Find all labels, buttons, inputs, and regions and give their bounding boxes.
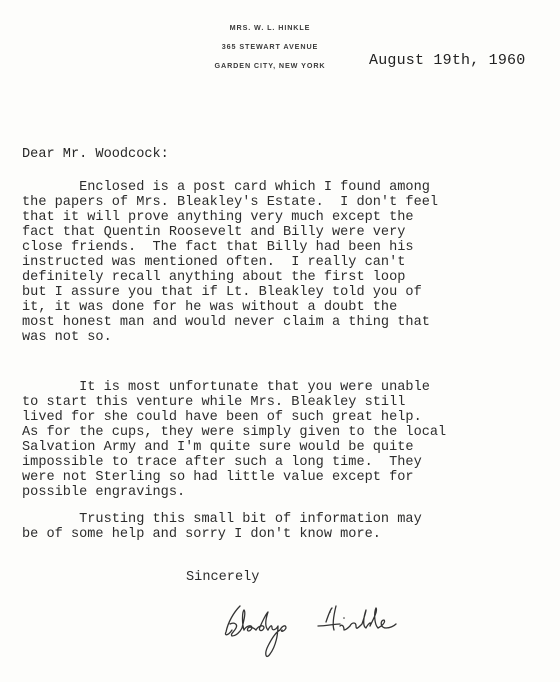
text-line: Trusting this small bit of information m…: [22, 512, 422, 527]
text-line: that it will prove anything very much ex…: [22, 210, 438, 225]
text-line: were not Sterling so had little value ex…: [22, 470, 446, 485]
letterhead-name: MRS. W. L. HINKLE: [196, 18, 344, 37]
text-line: be of some help and sorry I don't know m…: [22, 527, 422, 542]
salutation: Dear Mr. Woodcock:: [22, 147, 169, 162]
text-line: to start this venture while Mrs. Bleakle…: [22, 395, 446, 410]
text-line: instructed was mentioned often. I really…: [22, 255, 438, 270]
paragraph-1: Enclosed is a post card which I found am…: [22, 180, 438, 345]
text-line: but I assure you that if Lt. Bleakley to…: [22, 285, 438, 300]
text-line: definitely recall anything about the fir…: [22, 270, 438, 285]
text-line: Enclosed is a post card which I found am…: [22, 180, 438, 195]
paragraph-3: Trusting this small bit of information m…: [22, 512, 422, 542]
text-line: close friends. The fact that Billy had b…: [22, 240, 438, 255]
text-line: Salvation Army and I'm quite sure would …: [22, 440, 446, 455]
text-line: was not so.: [22, 330, 438, 345]
text-line: fact that Quentin Roosevelt and Billy we…: [22, 225, 438, 240]
text-line: most honest man and would never claim a …: [22, 315, 438, 330]
text-line: it, it was done for he was without a dou…: [22, 300, 438, 315]
text-line: the papers of Mrs. Bleakley's Estate. I …: [22, 195, 438, 210]
handwritten-signature: [210, 598, 450, 668]
paragraph-2: It is most unfortunate that you were una…: [22, 380, 446, 500]
letterhead-city: GARDEN CITY, NEW YORK: [196, 56, 344, 75]
text-line: It is most unfortunate that you were una…: [22, 380, 446, 395]
text-line: As for the cups, they were simply given …: [22, 425, 446, 440]
closing: Sincerely: [186, 570, 259, 585]
letter-date: August 19th, 1960: [369, 52, 525, 69]
text-line: impossible to trace after such a long ti…: [22, 455, 446, 470]
text-line: possible engravings.: [22, 485, 446, 500]
text-line: lived for she could have been of such gr…: [22, 410, 446, 425]
letterhead-street: 365 STEWART AVENUE: [196, 37, 344, 56]
signature-icon: [210, 598, 450, 668]
letterhead: MRS. W. L. HINKLE 365 STEWART AVENUE GAR…: [196, 18, 344, 75]
